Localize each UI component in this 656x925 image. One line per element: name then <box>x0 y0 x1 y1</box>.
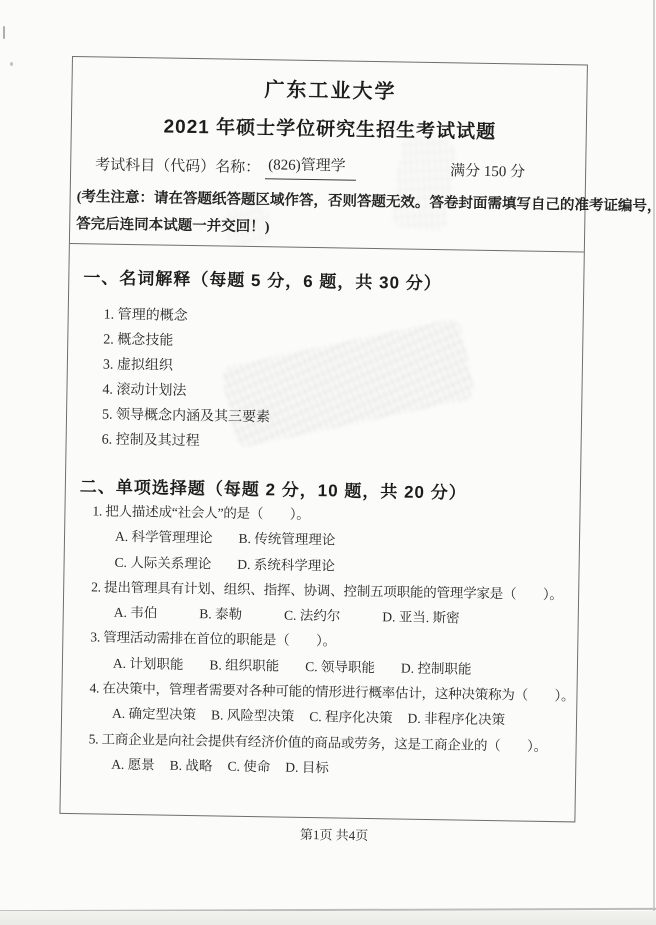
scan-edge-line <box>653 0 655 925</box>
scan-edge-mark <box>3 26 5 39</box>
option-a: A. 科学管理理论 <box>115 524 213 551</box>
option-a: A. 韦伯 <box>114 600 158 626</box>
section-1-heading: 一、名词解释（每题 5 分，6 题，共 30 分） <box>83 267 571 297</box>
scan-edge-mark <box>10 62 13 66</box>
option-b: B. 战略 <box>170 753 213 779</box>
option-d: D. 系统科学理论 <box>237 551 335 578</box>
option-d: D. 控制职能 <box>401 655 472 681</box>
subject-label: 考试科目（代码）名称： <box>95 154 260 179</box>
question-3: 3. 管理活动需排在首位的职能是（ ）。 A. 计划职能 B. 组织职能 C. … <box>77 625 566 684</box>
option-d: D. 亚当. 斯密 <box>382 604 460 631</box>
option-d: D. 非程序化决策 <box>407 706 505 733</box>
university-name: 广东工业大学 <box>86 75 574 107</box>
option-b: B. 传统管理理论 <box>238 526 335 553</box>
option-d: D. 目标 <box>285 755 329 781</box>
question-1: 1. 把人描述成“社会人”的是（ ）。 A. 科学管理理论 B. 传统管理理论 … <box>78 498 567 582</box>
subject-row: 考试科目（代码）名称： (826)管理学 满分 150 分 <box>85 151 573 184</box>
option-a: A. 计划职能 <box>113 651 184 677</box>
option-c: C. 法约尔 <box>284 603 341 629</box>
option-c: C. 程序化决策 <box>309 704 393 731</box>
option-c: C. 使命 <box>227 754 270 780</box>
question-5: 5. 工商企业是向社会提供有经济价值的商品或劳务，这是工商企业的（ ）。 A. … <box>75 726 564 785</box>
option-b: B. 组织职能 <box>209 652 279 678</box>
question-4: 4. 在决策中，管理者需要对各种可能的情形进行概率估计，这种决策称为（ ）。 A… <box>76 675 565 734</box>
option-c: C. 领导职能 <box>305 654 375 680</box>
subject-value: (826)管理学 <box>265 154 356 180</box>
option-b: B. 风险型决策 <box>211 703 295 730</box>
section-1-items: 1. 管理的概念 2. 概念技能 3. 虚拟组织 4. 滚动计划法 5. 领导概… <box>80 302 570 460</box>
option-a: A. 确定型决策 <box>112 701 196 728</box>
exam-title: 2021 年硕士学位研究生招生考试试题 <box>86 114 574 146</box>
exam-sheet-tilt-wrapper: 广东工业大学 2021 年硕士学位研究生招生考试试题 考试科目（代码）名称： (… <box>59 56 588 847</box>
page-footer: 第1页 共4页 <box>59 823 575 848</box>
scanned-exam-page: 广东工业大学 2021 年硕士学位研究生招生考试试题 考试科目（代码）名称： (… <box>0 0 656 925</box>
scan-bottom-shade <box>0 911 656 925</box>
option-b: B. 泰勒 <box>199 601 242 627</box>
full-score: 满分 150 分 <box>450 160 525 183</box>
option-c: C. 人际关系理论 <box>114 549 211 576</box>
candidate-notice: (考生注意：请在答题纸答题区域作答，否则答题无效。答卷封面需填写自己的准考证编号… <box>76 184 573 246</box>
question-2: 2. 提出管理具有计划、组织、指挥、协调、控制五项职能的管理学家是（ ）。 A.… <box>78 574 567 633</box>
option-a: A. 愿景 <box>111 752 155 778</box>
exam-paper-frame: 广东工业大学 2021 年硕士学位研究生招生考试试题 考试科目（代码）名称： (… <box>59 56 587 822</box>
